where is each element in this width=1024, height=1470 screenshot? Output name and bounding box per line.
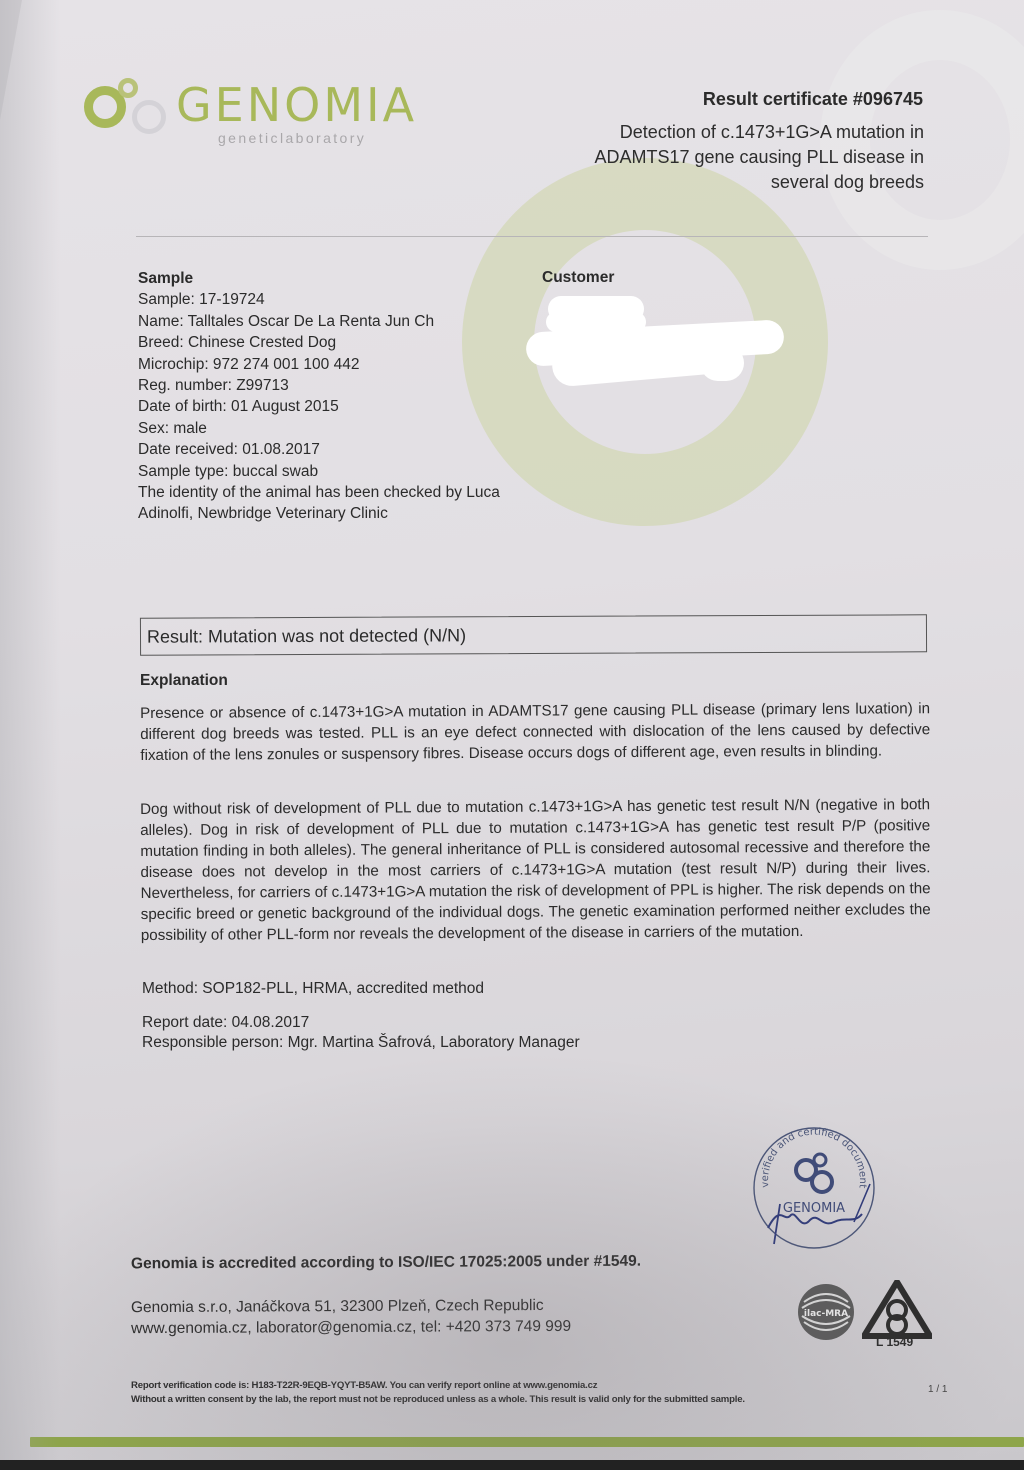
logo-wordmark: GENOMIA <box>176 78 417 132</box>
sample-type: Sample type: buccal swab <box>138 461 538 482</box>
accreditation-statement: Genomia is accredited according to ISO/I… <box>131 1253 641 1274</box>
customer-heading: Customer <box>542 269 614 287</box>
logo-tagline: geneticlaboratory <box>218 130 366 146</box>
footer-accent-bar <box>30 1437 1024 1447</box>
report-date: Report date: 04.08.2017 <box>142 1014 309 1032</box>
explanation-heading: Explanation <box>140 672 228 690</box>
dog-name: Name: Talltales Oscar De La Renta Jun Ch <box>138 311 538 332</box>
certificate-page: GENOMIA geneticlaboratory Result certifi… <box>0 0 1024 1460</box>
background-surface <box>0 1460 1024 1470</box>
verification-notice: Report verification code is: H183-T22R-9… <box>131 1379 745 1407</box>
verification-code: Report verification code is: H183-T22R-9… <box>131 1379 745 1393</box>
redaction-mark <box>700 345 744 381</box>
responsible-person: Responsible person: Mgr. Martina Šafrová… <box>142 1034 580 1052</box>
sample-id: Sample: 17-19724 <box>138 289 538 310</box>
logo-rings-icon <box>84 78 164 138</box>
date-received: Date received: 01.08.2017 <box>138 439 538 460</box>
lab-address: Genomia s.r.o, Janáčkova 51, 32300 Plzeň… <box>131 1295 571 1339</box>
certificate-number: Result certificate #096745 <box>703 89 923 110</box>
sample-section: Sample Sample: 17-19724 Name: Talltales … <box>138 268 538 525</box>
ilac-mra-logo-icon: ilac-MRA <box>796 1282 856 1342</box>
cai-accreditation-number: L 1549 <box>876 1335 913 1349</box>
microchip: Microchip: 972 274 001 100 442 <box>138 354 538 375</box>
certification-stamp: verified and certified document GENOMIA <box>750 1124 878 1252</box>
test-method: Method: SOP182-PLL, HRMA, accredited met… <box>142 980 484 998</box>
sample-heading: Sample <box>138 268 538 289</box>
identity-note: The identity of the animal has been chec… <box>138 482 528 525</box>
stamp-seal-icon: verified and certified document GENOMIA <box>750 1124 878 1252</box>
explanation-paragraph: Dog without risk of development of PLL d… <box>140 794 931 946</box>
page-number: 1 / 1 <box>928 1384 947 1395</box>
result-text: Result: Mutation was not detected (N/N) <box>147 625 466 647</box>
header-divider <box>136 236 928 237</box>
address-line: Genomia s.r.o, Janáčkova 51, 32300 Plzeň… <box>131 1295 571 1318</box>
result-box: Result: Mutation was not detected (N/N) <box>140 614 927 655</box>
lighting-shadow <box>0 0 60 1460</box>
reproduction-notice: Without a written consent by the lab, th… <box>131 1393 745 1407</box>
page-fold-shadow <box>0 0 22 120</box>
explanation-paragraph: Presence or absence of c.1473+1G>A mutat… <box>140 698 930 766</box>
customer-section: Customer <box>542 269 614 287</box>
certificate-description: Detection of c.1473+1G>A mutation in ADA… <box>544 120 924 195</box>
dog-breed: Breed: Chinese Crested Dog <box>138 332 538 353</box>
sex: Sex: male <box>138 418 538 439</box>
reg-number: Reg. number: Z99713 <box>138 375 538 396</box>
contact-line: www.genomia.cz, laborator@genomia.cz, te… <box>131 1316 571 1339</box>
svg-text:ilac-MRA: ilac-MRA <box>804 1309 848 1319</box>
date-of-birth: Date of birth: 01 August 2015 <box>138 396 538 417</box>
